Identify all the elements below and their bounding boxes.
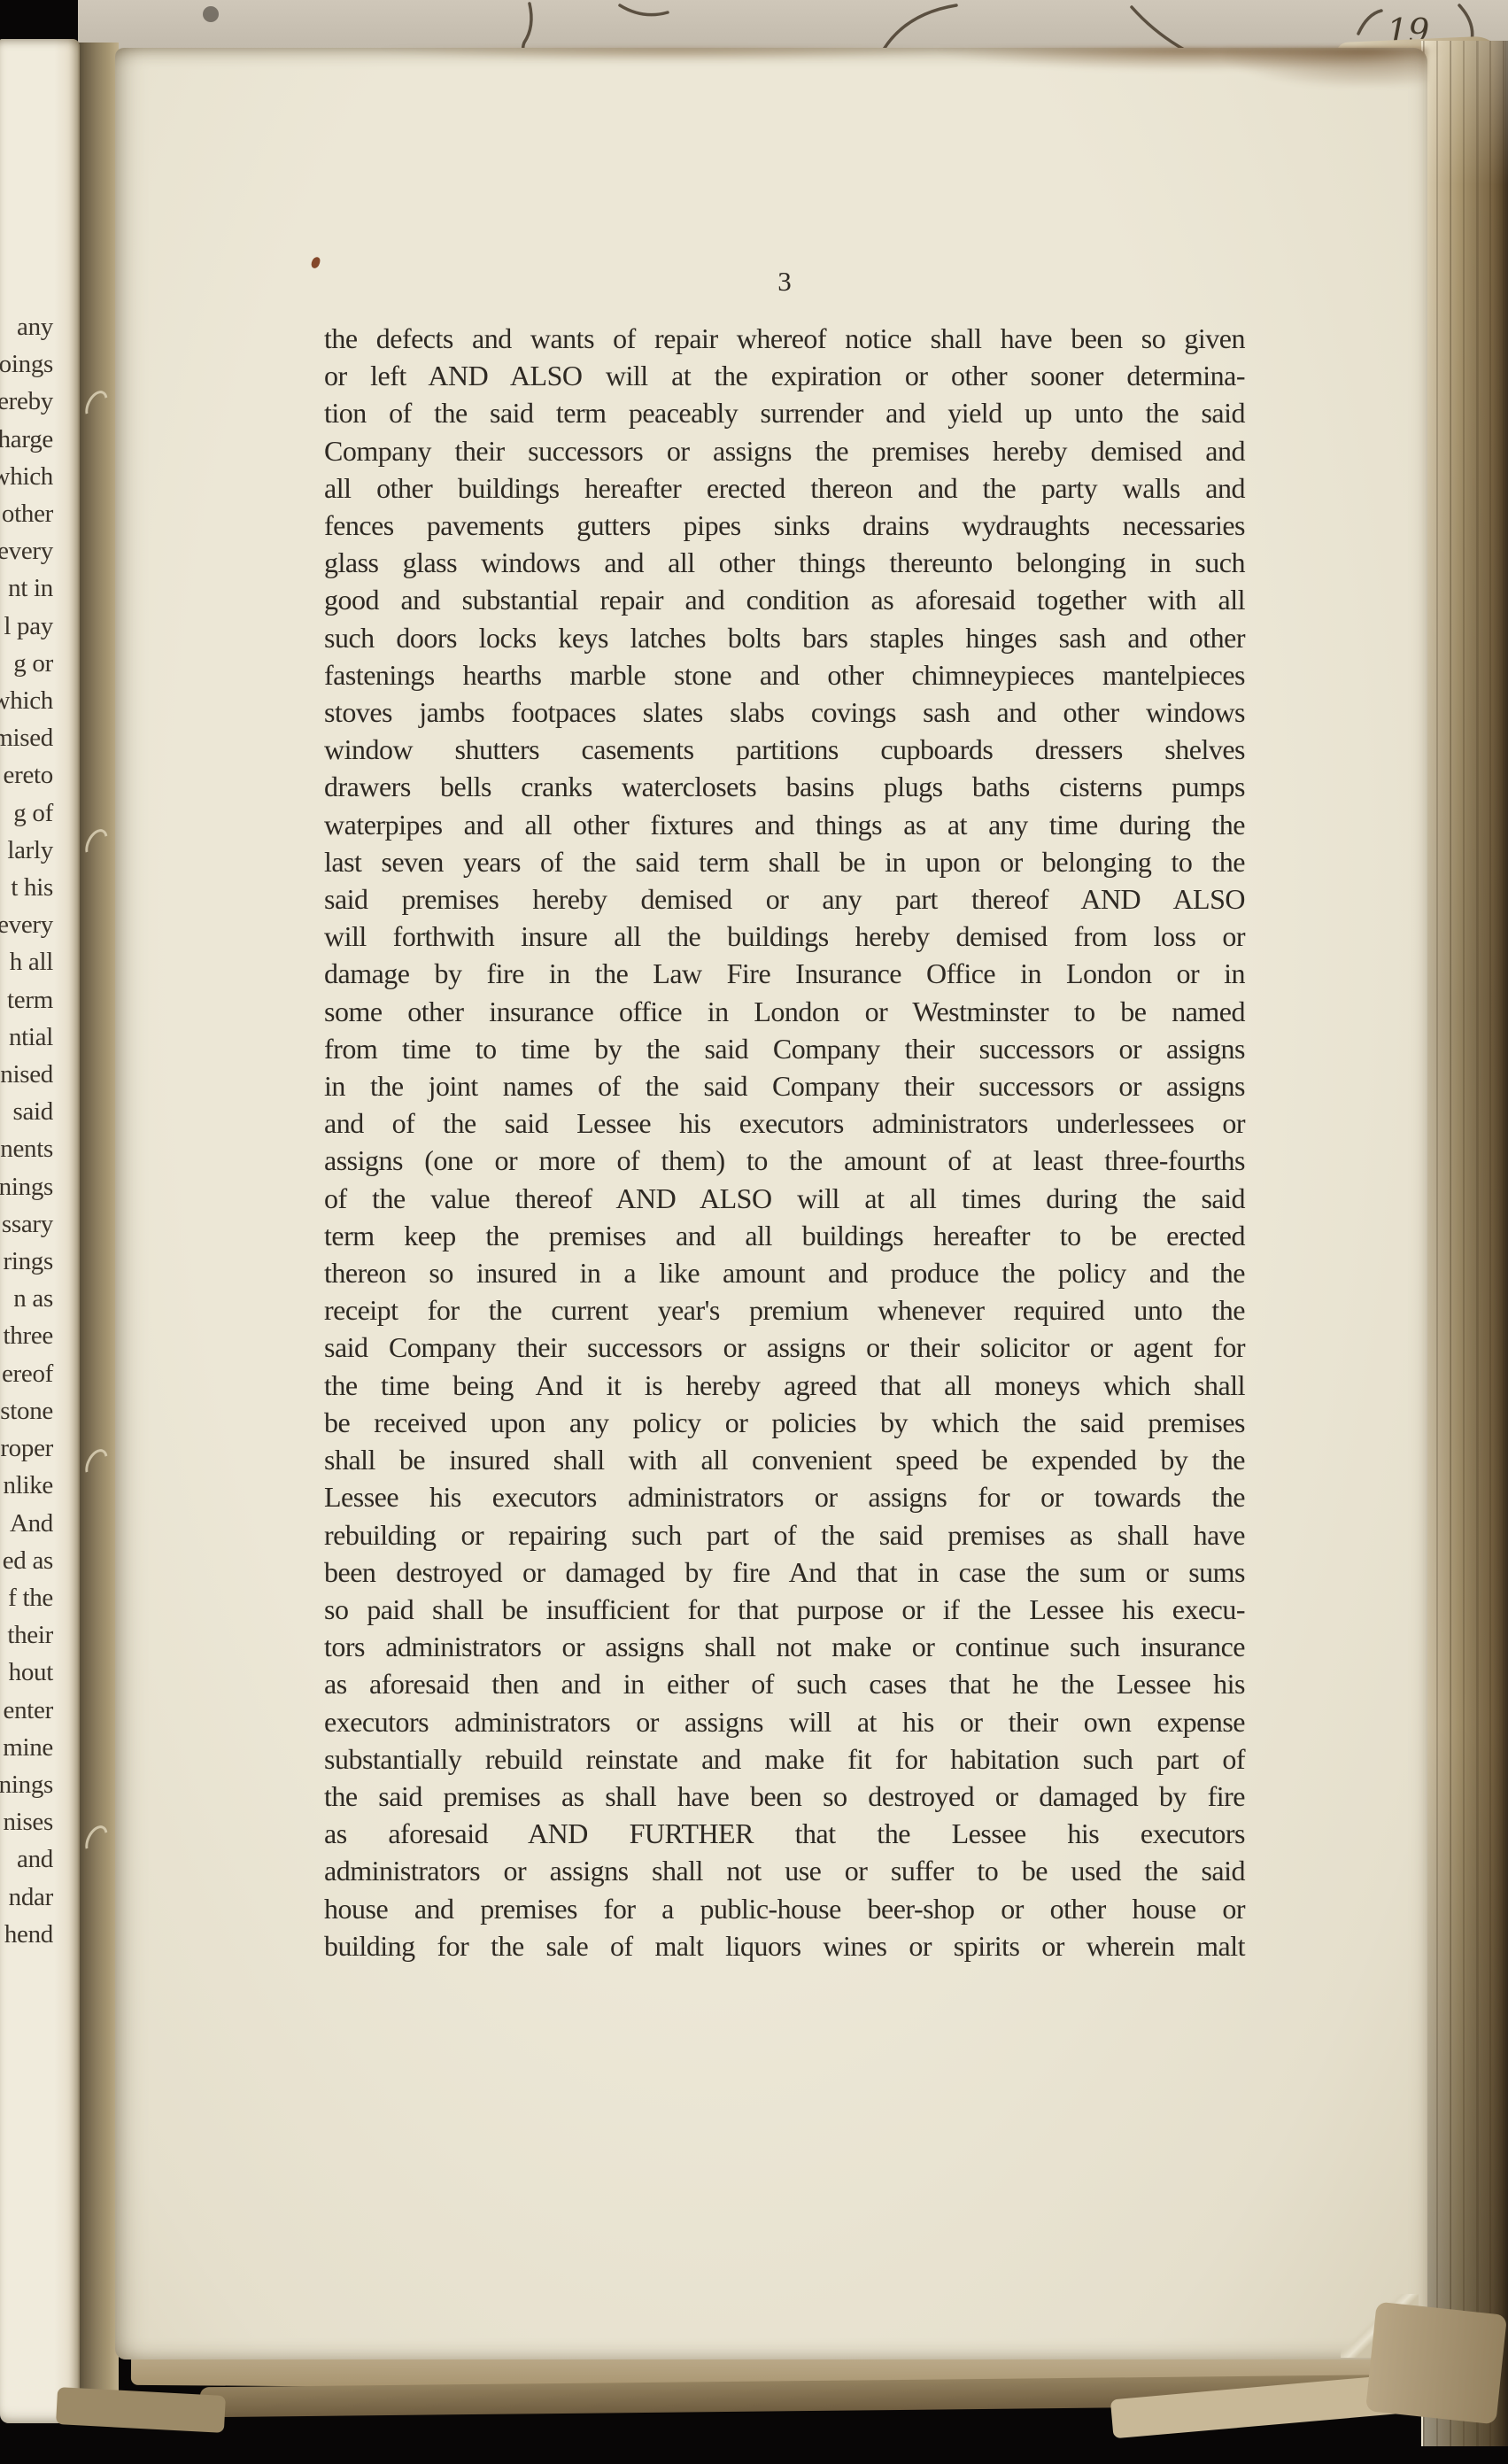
adjacent-page-text-fragment: other <box>0 495 53 532</box>
adjacent-page-text-fragment: three <box>0 1317 53 1354</box>
scorch-stain <box>1224 48 1427 87</box>
document-text-line: term keep the premises and all buildings… <box>324 1217 1245 1254</box>
stitch-thread <box>81 1445 112 1483</box>
document-text-line: good and substantial repair and conditio… <box>324 581 1245 618</box>
document-text-line: be received upon any policy or policies … <box>324 1404 1245 1441</box>
adjacent-page-text-fragment: said <box>0 1093 53 1130</box>
stitch-thread <box>81 387 112 424</box>
adjacent-page-text-fragment: which <box>0 682 53 719</box>
document-text-line: the defects and wants of repair whereof … <box>324 320 1245 357</box>
stitch-thread <box>81 1822 112 1859</box>
document-text-line: executors administrators or assigns will… <box>324 1703 1245 1740</box>
adjacent-page-text-fragment: t his <box>0 869 53 906</box>
document-text-line: waterpipes and all other fixtures and th… <box>324 806 1245 843</box>
binding-gutter <box>76 43 119 2425</box>
adjacent-page-text-fragment: their <box>0 1616 53 1654</box>
adjacent-page-text-fragment: larly <box>0 832 53 869</box>
book-fore-edge-pages <box>1421 41 1508 2446</box>
adjacent-page-text-fragment: roper <box>0 1430 53 1467</box>
adjacent-page-text-fragment: oings <box>0 345 53 383</box>
adjacent-page-text-fragment: nt in <box>0 570 53 607</box>
adjacent-page-text-fragment: which <box>0 458 53 495</box>
adjacent-page-text-fragment: every <box>0 532 53 570</box>
document-text-line: Company their successors or assigns the … <box>324 432 1245 469</box>
adjacent-page-text-fragment: ereto <box>0 756 53 794</box>
ink-speck <box>310 256 321 269</box>
document-text-line: some other insurance office in London or… <box>324 993 1245 1030</box>
document-text-line: been destroyed or damaged by fire And th… <box>324 1554 1245 1591</box>
document-text-line: assigns (one or more of them) to the amo… <box>324 1142 1245 1179</box>
adjacent-page-text-fragment: any <box>0 308 53 345</box>
worn-page-edge <box>56 2387 226 2433</box>
scanned-book-photo: 19 anyoingserebyhargewhichothereverynt i… <box>0 0 1508 2464</box>
document-text-line: substantially rebuild reinstate and make… <box>324 1740 1245 1778</box>
adjacent-page-text-fragment: h all <box>0 943 53 980</box>
adjacent-page-text-fragment: enter <box>0 1692 53 1729</box>
adjacent-page-text-fragment: nises <box>0 1803 53 1840</box>
ink-blot <box>203 6 219 22</box>
scorch-stain <box>372 48 974 62</box>
adjacent-page-text-fragment: harge <box>0 421 53 458</box>
adjacent-page-text-fragment: rings <box>0 1243 53 1280</box>
worn-page-edge <box>1365 2302 1507 2425</box>
adjacent-page-text-fragment: ssary <box>0 1205 53 1243</box>
document-text-line: from time to time by the said Company th… <box>324 1030 1245 1067</box>
ink-stroke <box>1358 11 1381 34</box>
document-text-line: Lessee his executors administrators or a… <box>324 1478 1245 1515</box>
document-text-line: and of the said Lessee his executors adm… <box>324 1104 1245 1142</box>
document-text-line: rebuilding or repairing such part of the… <box>324 1516 1245 1554</box>
adjacent-page-text-fragment: nings <box>0 1766 53 1803</box>
adjacent-page-text-fragment: term <box>0 981 53 1019</box>
document-text-line: stoves jambs footpaces slates slabs covi… <box>324 693 1245 731</box>
document-text-line: glass glass windows and all other things… <box>324 544 1245 581</box>
document-text-line: fences pavements gutters pipes sinks dra… <box>324 507 1245 544</box>
document-text-line: of the value thereof AND ALSO will at al… <box>324 1180 1245 1217</box>
document-text-line: as aforesaid then and in either of such … <box>324 1665 1245 1702</box>
adjacent-page-text-fragment: ereby <box>0 383 53 420</box>
document-text-line: the time being And it is hereby agreed t… <box>324 1367 1245 1404</box>
document-text-line: in the joint names of the said Company t… <box>324 1067 1245 1104</box>
document-text-line: window shutters casements partitions cup… <box>324 731 1245 768</box>
document-text-line: said premises hereby demised or any part… <box>324 880 1245 918</box>
document-text-line: tors administrators or assigns shall not… <box>324 1628 1245 1665</box>
document-text-line: all other buildings hereafter erected th… <box>324 469 1245 507</box>
document-text-line: last seven years of the said term shall … <box>324 843 1245 880</box>
adjacent-page-text-fragment: And <box>0 1505 53 1542</box>
document-text-line: receipt for the current year's premium w… <box>324 1291 1245 1329</box>
adjacent-page-text-fragment: mine <box>0 1729 53 1766</box>
adjacent-page-text-fragment: ereof <box>0 1355 53 1392</box>
page-number: 3 <box>324 266 1245 298</box>
ink-stroke <box>620 5 668 15</box>
adjacent-page-text-fragment: nents <box>0 1130 53 1167</box>
document-text-line: or left AND ALSO will at the expiration … <box>324 357 1245 394</box>
adjacent-page-text-fragment: l pay <box>0 608 53 645</box>
adjacent-page-text-fragment: g or <box>0 645 53 682</box>
adjacent-page-text-fragment: every <box>0 906 53 943</box>
adjacent-page-text-fragment: hout <box>0 1654 53 1691</box>
document-text-line: so paid shall be insufficient for that p… <box>324 1591 1245 1628</box>
document-text-line: said Company their successors or assigns… <box>324 1329 1245 1366</box>
adjacent-page-text-fragment: ed as <box>0 1542 53 1579</box>
document-text-line: administrators or assigns shall not use … <box>324 1852 1245 1889</box>
document-text-line: damage by fire in the Law Fire Insurance… <box>324 955 1245 992</box>
adjacent-page-text-fragment: ndar <box>0 1879 53 1916</box>
document-text-line: fastenings hearths marble stone and othe… <box>324 656 1245 693</box>
document-text-line: house and premises for a public-house be… <box>324 1890 1245 1927</box>
scorch-stain <box>939 48 1443 71</box>
adjacent-page-text-fragment: mised <box>0 719 53 756</box>
document-body-text: the defects and wants of repair whereof … <box>324 320 1245 1964</box>
facing-page-text-column: anyoingserebyhargewhichothereverynt inl … <box>0 308 53 1953</box>
adjacent-page-text-fragment: hend <box>0 1916 53 1953</box>
document-text-line: drawers bells cranks waterclosets basins… <box>324 768 1245 805</box>
adjacent-page-text-fragment: nised <box>0 1056 53 1093</box>
document-text-line: will forthwith insure all the buildings … <box>324 918 1245 955</box>
adjacent-page-text-fragment: g of <box>0 794 53 832</box>
adjacent-page-text-fragment: ntial <box>0 1019 53 1056</box>
document-page: 3 the defects and wants of repair whereo… <box>115 48 1427 2359</box>
document-text-line: building for the sale of malt liquors wi… <box>324 1927 1245 1964</box>
adjacent-page-text-fragment: nings <box>0 1168 53 1205</box>
adjacent-page-text-fragment: nlike <box>0 1467 53 1504</box>
adjacent-page-text-fragment: and <box>0 1840 53 1878</box>
document-text-line: shall be insured shall with all convenie… <box>324 1441 1245 1478</box>
document-text-line: as aforesaid AND FURTHER that the Lessee… <box>324 1815 1245 1852</box>
document-text-line: thereon so insured in a like amount and … <box>324 1254 1245 1291</box>
document-text-line: such doors locks keys latches bolts bars… <box>324 619 1245 656</box>
document-text-line: tion of the said term peaceably surrende… <box>324 394 1245 431</box>
adjacent-page-text-fragment: n as <box>0 1280 53 1317</box>
document-text-line: the said premises as shall have been so … <box>324 1778 1245 1815</box>
stitch-thread <box>81 825 112 863</box>
adjacent-page-text-fragment: stone <box>0 1392 53 1430</box>
adjacent-page-text-fragment: f the <box>0 1579 53 1616</box>
